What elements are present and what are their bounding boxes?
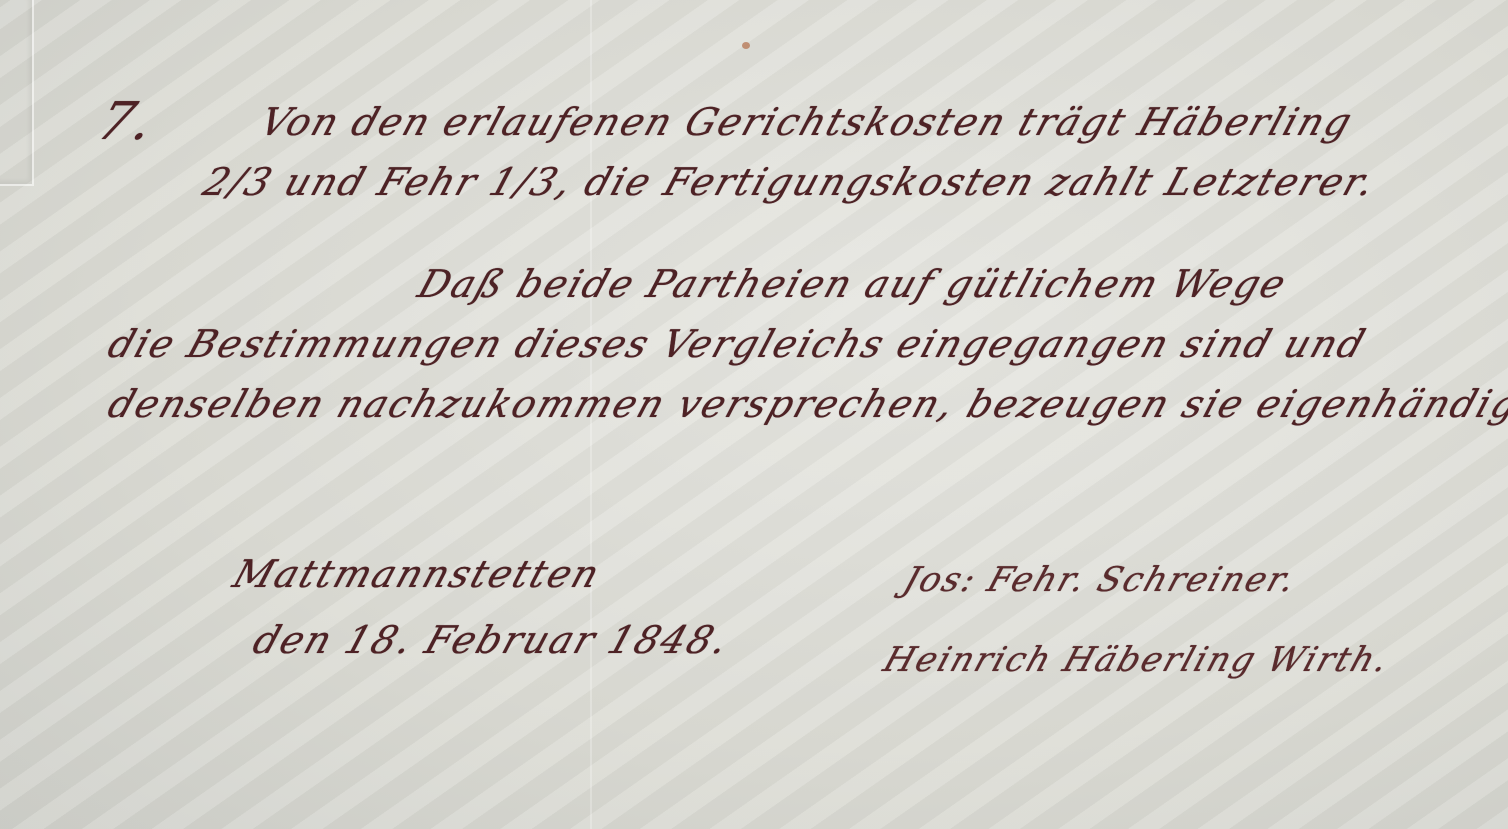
- body-line-3: Daß beide Partheien auf gütlichem Wege: [413, 262, 1293, 306]
- signature-fehr: Jos: Fehr. Schreiner.: [899, 560, 1303, 600]
- body-line-5: denselben nachzukommen versprechen, beze…: [103, 382, 1508, 426]
- document-page: 7. Von den erlaufenen Gerichtskosten trä…: [0, 0, 1508, 829]
- body-line-4: die Bestimmungen dieses Vergleichs einge…: [103, 322, 1372, 366]
- body-line-2: 2/3 und Fehr 1/3, die Fertigungskosten z…: [198, 160, 1382, 204]
- body-line-1: Von den erlaufenen Gerichtskosten trägt …: [255, 100, 1359, 144]
- item-number: 7.: [90, 92, 163, 152]
- ink-stain: [742, 42, 750, 49]
- signature-haeberling: Heinrich Häberling Wirth.: [879, 640, 1396, 680]
- place-name: Mattmannstetten: [228, 552, 607, 596]
- embossed-stamp-edge: [0, 0, 34, 186]
- document-date: den 18. Februar 1848.: [248, 618, 736, 662]
